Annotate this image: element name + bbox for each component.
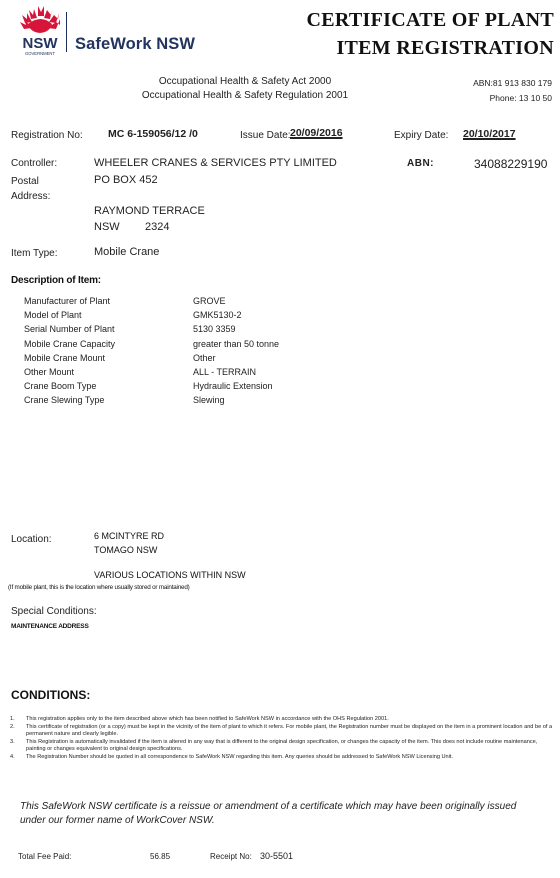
condition-number: 4. [10, 754, 26, 762]
postal-line-2: RAYMOND TERRACE [94, 205, 205, 217]
description-row-value: 5130 3359 [193, 324, 236, 334]
registration-no-label: Registration No: [11, 130, 83, 141]
condition-number: 2. [10, 724, 26, 739]
waratah-icon: NSW GOVERNMENT [10, 4, 70, 56]
description-row-value: Slewing [193, 395, 225, 405]
postal-state: NSW [94, 221, 120, 233]
description-row-label: Mobile Crane Mount [24, 353, 105, 363]
description-row-value: greater than 50 tonne [193, 339, 279, 349]
conditions-heading: CONDITIONS: [11, 688, 90, 702]
controller-abn-value: 34088229190 [474, 157, 547, 171]
brand-name: SafeWork NSW [75, 35, 195, 54]
condition-text: This registration applies only to the it… [26, 716, 555, 724]
special-conditions-value: MAINTENANCE ADDRESS [11, 623, 89, 630]
act-name: Occupational Health & Safety Act 2000 [20, 75, 540, 89]
condition-number: 3. [10, 739, 26, 754]
issue-date-value: 20/09/2016 [290, 127, 343, 139]
condition-item: 2.This certificate of registration (or a… [10, 724, 555, 739]
issuer-phone: Phone: 13 10 50 [473, 91, 552, 106]
description-row-value: GMK5130-2 [193, 310, 242, 320]
condition-number: 1. [10, 716, 26, 724]
nsw-government-logo: NSW GOVERNMENT [10, 4, 70, 56]
postal-label-2: Address: [11, 191, 50, 202]
description-heading: Description of Item: [11, 275, 101, 286]
description-row-label: Manufacturer of Plant [24, 296, 110, 306]
description-row-value: Other [193, 353, 216, 363]
postal-label-1: Postal [11, 176, 39, 187]
condition-text: This certificate of registration (or a c… [26, 724, 555, 739]
svg-text:NSW: NSW [23, 35, 59, 52]
item-type-value: Mobile Crane [94, 246, 159, 258]
condition-text: The Registration Number should be quoted… [26, 754, 555, 762]
condition-item: 1.This registration applies only to the … [10, 716, 555, 724]
logo-divider [66, 12, 67, 52]
contact-block: ABN:81 913 830 179 Phone: 13 10 50 [473, 76, 552, 106]
description-row-label: Model of Plant [24, 310, 82, 320]
description-row-label: Crane Slewing Type [24, 395, 104, 405]
description-row-label: Serial Number of Plant [24, 324, 115, 334]
reissue-note: This SafeWork NSW certificate is a reiss… [20, 800, 540, 828]
description-row-label: Other Mount [24, 367, 74, 377]
location-note: (If mobile plant, this is the location w… [8, 584, 190, 591]
total-fee-label: Total Fee Paid: [18, 852, 71, 861]
condition-item: 3.This Registration is automatically inv… [10, 739, 555, 754]
postal-line-1: PO BOX 452 [94, 174, 158, 186]
issuer-abn: ABN:81 913 830 179 [473, 76, 552, 91]
condition-item: 4.The Registration Number should be quot… [10, 754, 555, 762]
receipt-no-value: 30-5501 [260, 851, 293, 861]
description-row-value: GROVE [193, 296, 226, 306]
description-row-value: Hydraulic Extension [193, 381, 273, 391]
expiry-date-value: 20/10/2017 [463, 128, 516, 140]
issue-date-label: Issue Date: [240, 130, 291, 141]
location-line-2: TOMAGO NSW [94, 545, 157, 555]
registration-no-value: MC 6-159056/12 /0 [108, 128, 198, 140]
controller-value: WHEELER CRANES & SERVICES PTY LIMITED [94, 157, 337, 169]
special-conditions-label: Special Conditions: [11, 606, 97, 617]
item-type-label: Item Type: [11, 248, 58, 259]
svg-text:GOVERNMENT: GOVERNMENT [25, 51, 55, 56]
regulation-name: Occupational Health & Safety Regulation … [20, 89, 540, 103]
controller-abn-label: ABN: [407, 158, 434, 169]
condition-text: This Registration is automatically inval… [26, 739, 555, 754]
location-line-3: VARIOUS LOCATIONS WITHIN NSW [94, 570, 246, 580]
description-row-label: Mobile Crane Capacity [24, 339, 115, 349]
postal-code: 2324 [145, 221, 169, 233]
receipt-no-label: Receipt No: [210, 852, 252, 861]
location-label: Location: [11, 534, 52, 545]
conditions-list: 1.This registration applies only to the … [10, 716, 555, 761]
controller-label: Controller: [11, 158, 57, 169]
legislation-block: Occupational Health & Safety Act 2000 Oc… [0, 75, 540, 102]
description-row-label: Crane Boom Type [24, 381, 96, 391]
total-fee-value: 56.85 [150, 852, 170, 861]
location-line-1: 6 MCINTYRE RD [94, 531, 164, 541]
title-line-1: CERTIFICATE OF PLANT [306, 6, 554, 34]
title-line-2: ITEM REGISTRATION [306, 34, 554, 62]
certificate-title: CERTIFICATE OF PLANT ITEM REGISTRATION [306, 6, 554, 62]
expiry-date-label: Expiry Date: [394, 130, 448, 141]
description-row-value: ALL - TERRAIN [193, 367, 256, 377]
